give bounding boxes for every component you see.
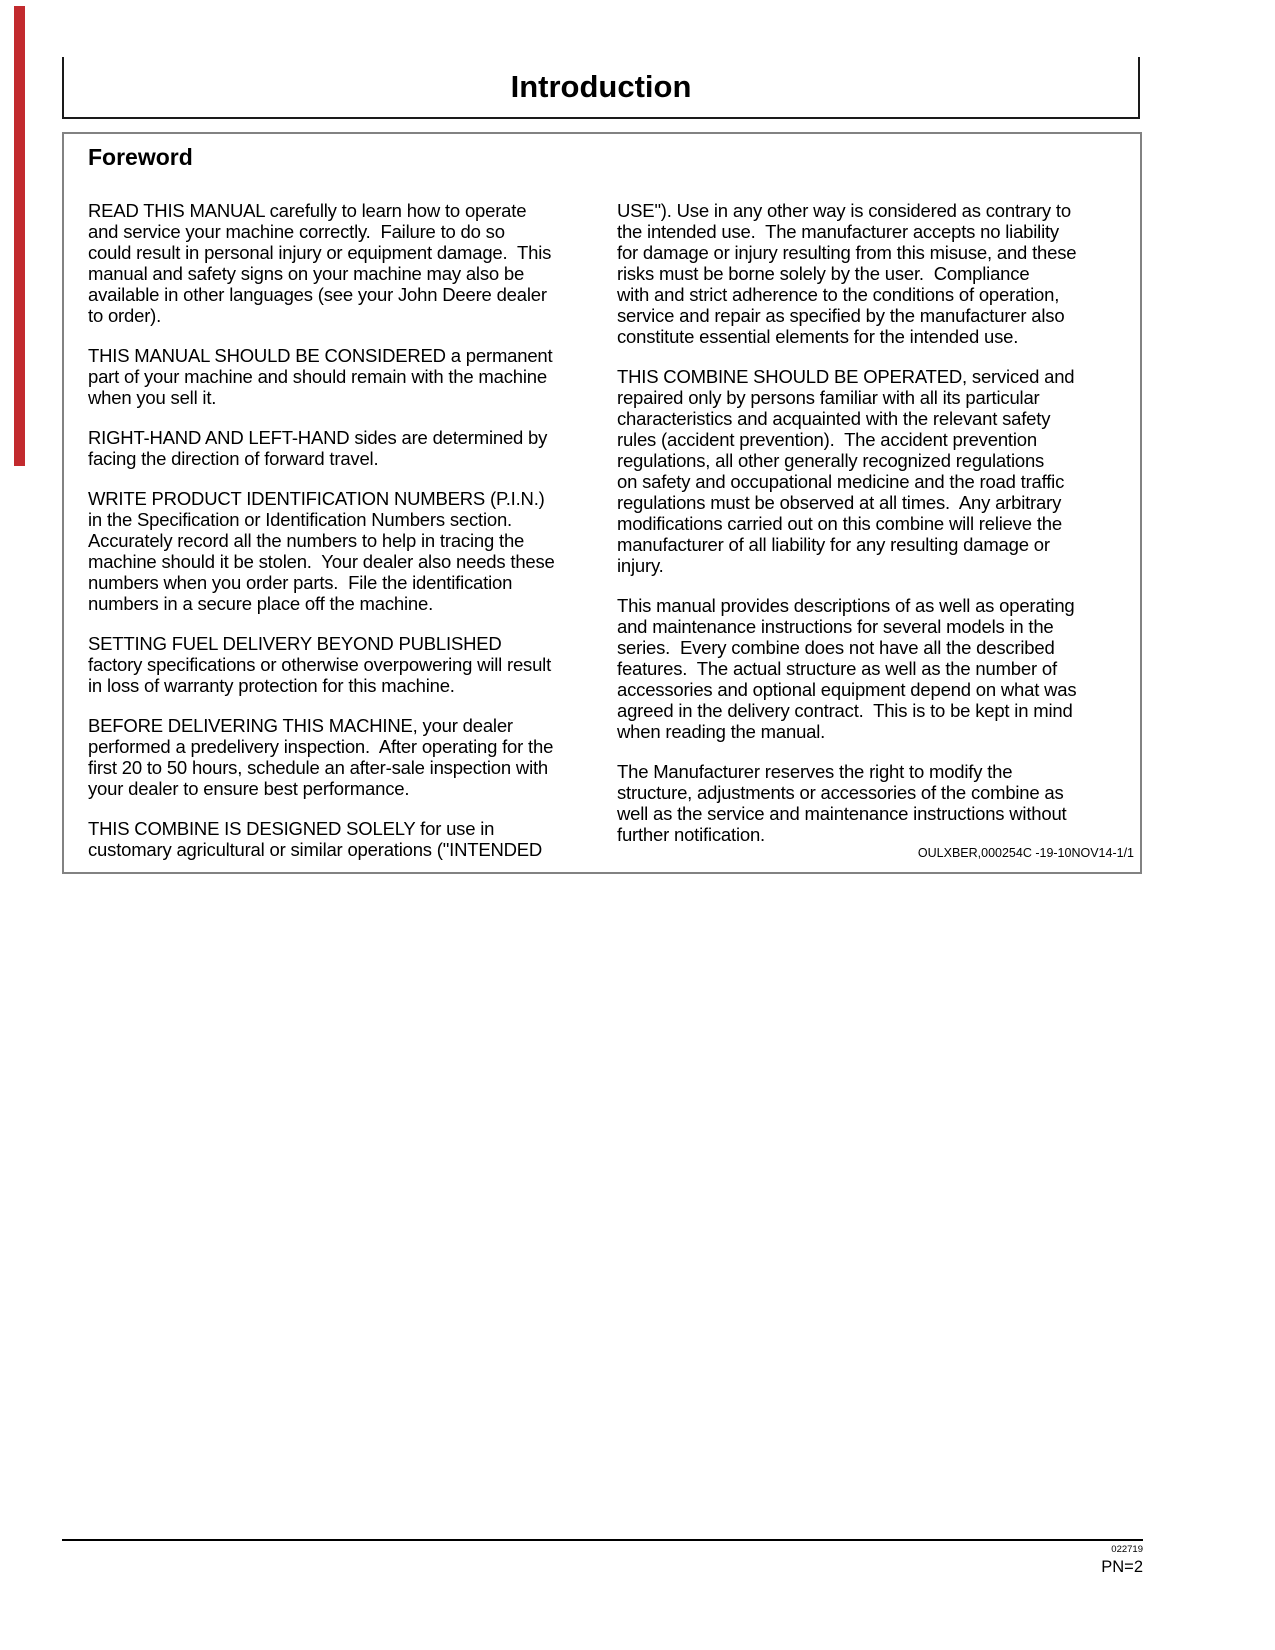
paragraph: This manual provides descriptions of as … [617,595,1122,742]
page-footer: 022719 PN=2 [62,1544,1143,1577]
foreword-section: Foreword READ THIS MANUAL carefully to l… [62,132,1142,874]
page-title: Introduction [511,69,692,105]
paragraph: WRITE PRODUCT IDENTIFICATION NUMBERS (P.… [88,488,593,614]
foreword-right-column: USE"). Use in any other way is considere… [617,200,1122,864]
paragraph: READ THIS MANUAL carefully to learn how … [88,200,593,326]
footer-rule [62,1539,1143,1541]
revision-stamp: OULXBER,000254C -19-10NOV14-1/1 [918,846,1134,860]
paragraph: USE"). Use in any other way is considere… [617,200,1122,347]
page-number: PN=2 [62,1557,1143,1577]
section-edge-marker [14,6,25,466]
paragraph: THIS COMBINE IS DESIGNED SOLELY for use … [88,818,593,860]
paragraph: RIGHT-HAND AND LEFT-HAND sides are deter… [88,427,593,469]
paragraph: THIS COMBINE SHOULD BE OPERATED, service… [617,366,1122,576]
page-title-box: Introduction [62,57,1140,119]
paragraph: SETTING FUEL DELIVERY BEYOND PUBLISHED f… [88,633,593,696]
foreword-left-column: READ THIS MANUAL carefully to learn how … [88,200,593,879]
section-heading: Foreword [88,144,193,171]
paragraph: The Manufacturer reserves the right to m… [617,761,1122,845]
paragraph: THIS MANUAL SHOULD BE CONSIDERED a perma… [88,345,593,408]
paragraph: BEFORE DELIVERING THIS MACHINE, your dea… [88,715,593,799]
print-code: 022719 [62,1544,1143,1556]
